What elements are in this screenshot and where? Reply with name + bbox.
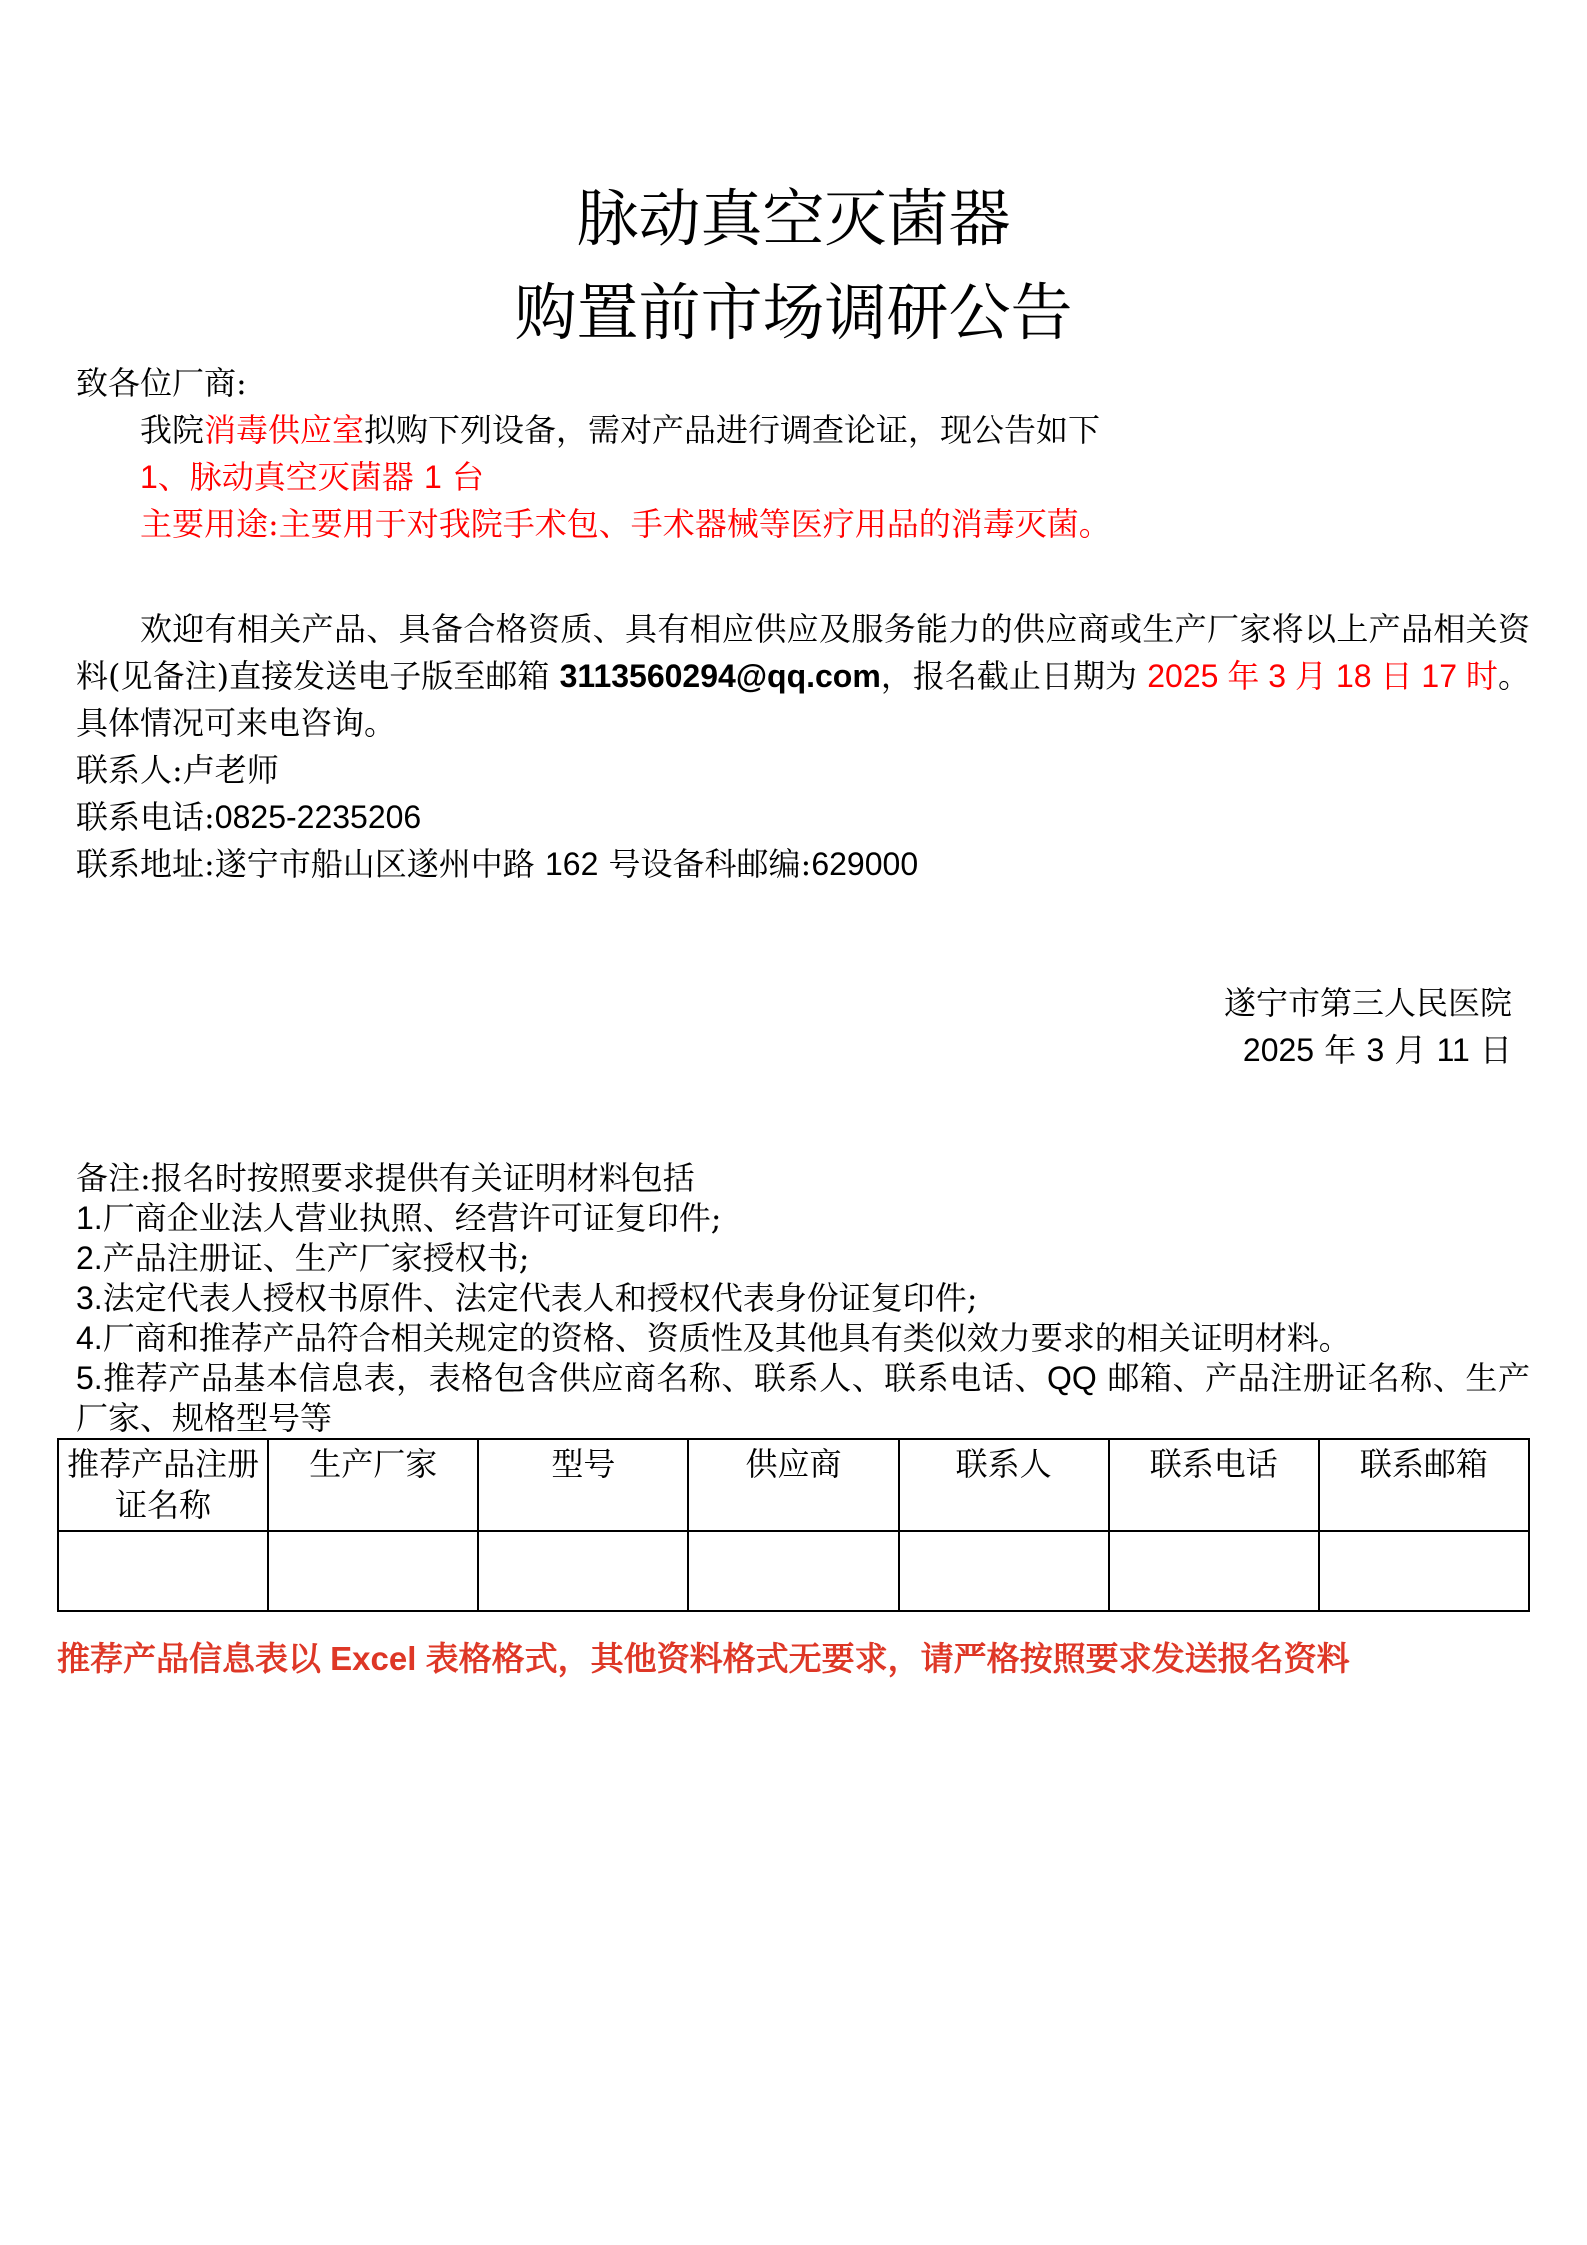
purpose-line: 主要用途:主要用于对我院手术包、手术器械等医疗用品的消毒灭菌。 (76, 501, 1530, 548)
text-run: 号设备科邮编: (598, 845, 811, 883)
text-run: 联系地址:遂宁市船山区遂州中路 (76, 845, 545, 883)
text-run: 厂商企业法人营业执照、经营许可证复印件; (103, 1199, 722, 1237)
table-cell (478, 1531, 688, 1611)
text-run: 年 (1314, 1031, 1366, 1069)
text-run: 2. (76, 1240, 103, 1276)
note-item-5: 5.推荐产品基本信息表，表格包含供应商名称、联系人、联系电话、QQ 邮箱、产品注… (76, 1358, 1530, 1438)
table-cell (268, 1531, 478, 1611)
text-run: 日 (1470, 1031, 1512, 1069)
table-cell (899, 1531, 1109, 1611)
document-page: 脉动真空灭菌器 购置前市场调研公告 致各位厂商: 我院消毒供应室拟购下列设备，需… (0, 0, 1587, 2245)
text-run: 1 (424, 459, 442, 495)
col-header-contact-phone: 联系电话 (1109, 1439, 1319, 1531)
text-run: 3 (1366, 1032, 1384, 1068)
footer-notice: 推荐产品信息表以 Excel 表格格式，其他资料格式无要求，请严格按照要求发送报… (57, 1636, 1530, 1682)
text-run: QQ (1047, 1360, 1097, 1396)
note-item-2: 2.产品注册证、生产厂家授权书; (76, 1238, 1530, 1278)
signature-org: 遂宁市第三人民医院 (57, 980, 1512, 1027)
table-cell (1109, 1531, 1319, 1611)
text-run: 、脉动真空灭菌器 (158, 458, 424, 496)
text-run: ，报名截止日期为 (881, 657, 1147, 695)
text-run: 11 (1437, 1032, 1470, 1068)
text-run: 联系电话: (76, 798, 215, 836)
text-run: 5. (76, 1360, 103, 1396)
text-run: 629000 (811, 846, 918, 882)
title-line-2: 购置前市场调研公告 (57, 266, 1530, 360)
text-run: 厂商和推荐产品符合相关规定的资格、资质性及其他具有类似效力要求的相关证明材料。 (103, 1319, 1351, 1357)
text-run: 162 (545, 846, 598, 882)
col-header-supplier: 供应商 (688, 1439, 898, 1531)
note-item-4: 4.厂商和推荐产品符合相关规定的资格、资质性及其他具有类似效力要求的相关证明材料… (76, 1318, 1530, 1358)
text-run: 2025 年 3 月 18 日 17 时 (1147, 658, 1498, 694)
recommendation-table: 推荐产品注册证名称 生产厂家 型号 供应商 联系人 联系电话 联系邮箱 (57, 1438, 1530, 1612)
text-run: 法定代表人授权书原件、法定代表人和授权代表身份证复印件; (103, 1279, 978, 1317)
text-run: 推荐产品信息表以 (57, 1640, 330, 1677)
document-body: 致各位厂商: 我院消毒供应室拟购下列设备，需对产品进行调查论证，现公告如下 1、… (76, 360, 1530, 888)
text-run: 3. (76, 1280, 103, 1316)
table-header-row: 推荐产品注册证名称 生产厂家 型号 供应商 联系人 联系电话 联系邮箱 (58, 1439, 1529, 1531)
contact-phone: 联系电话:0825-2235206 (76, 794, 1530, 841)
contact-address: 联系地址:遂宁市船山区遂州中路 162 号设备科邮编:629000 (76, 841, 1530, 888)
text-run: 1. (76, 1200, 103, 1236)
table-cell (58, 1531, 268, 1611)
text-run: 台 (442, 458, 484, 496)
text-run: 消毒供应室 (204, 411, 364, 449)
col-header-manufacturer: 生产厂家 (268, 1439, 478, 1531)
signature-block: 遂宁市第三人民医院 2025 年 3 月 11 日 (57, 980, 1530, 1074)
text-run: 拟购下列设备，需对产品进行调查论证，现公告如下 (364, 411, 1100, 449)
table-cell (688, 1531, 898, 1611)
title-line-1: 脉动真空灭菌器 (57, 172, 1530, 266)
text-run: 1 (140, 459, 158, 495)
text-run: 主要用途:主要用于对我院手术包、手术器械等医疗用品的消毒灭菌。 (140, 505, 1111, 543)
item-1-line: 1、脉动真空灭菌器 1 台 (76, 454, 1530, 501)
col-header-model: 型号 (478, 1439, 688, 1531)
text-run: Excel (330, 1640, 416, 1677)
text-run: 表格格式，其他资料格式无要求，请严格按照要求发送报名资料 (416, 1640, 1349, 1677)
text-run: 月 (1384, 1031, 1436, 1069)
col-header-contact-person: 联系人 (899, 1439, 1109, 1531)
application-paragraph: 欢迎有相关产品、具备合格资质、具有相应供应及服务能力的供应商或生产厂家将以上产品… (76, 606, 1530, 747)
document-title: 脉动真空灭菌器 购置前市场调研公告 (57, 172, 1530, 360)
text-run: 3113560294@qq.com (560, 658, 881, 694)
col-header-contact-email: 联系邮箱 (1319, 1439, 1529, 1531)
table-cell (1319, 1531, 1529, 1611)
notes-section: 备注:报名时按照要求提供有关证明材料包括 1.厂商企业法人营业执照、经营许可证复… (76, 1158, 1530, 1438)
text-run: 我院 (140, 411, 204, 449)
contact-person: 联系人:卢老师 (76, 747, 1530, 794)
col-header-product-cert-name: 推荐产品注册证名称 (58, 1439, 268, 1531)
text-run: 0825-2235206 (215, 799, 421, 835)
text-run: 推荐产品基本信息表，表格包含供应商名称、联系人、联系电话、 (103, 1359, 1047, 1397)
signature-date: 2025 年 3 月 11 日 (57, 1027, 1512, 1074)
text-run: 产品注册证、生产厂家授权书; (103, 1239, 530, 1277)
text-run: 4. (76, 1320, 103, 1356)
intro-paragraph: 我院消毒供应室拟购下列设备，需对产品进行调查论证，现公告如下 (76, 407, 1530, 454)
note-item-1: 1.厂商企业法人营业执照、经营许可证复印件; (76, 1198, 1530, 1238)
text-run: 2025 (1243, 1032, 1314, 1068)
note-item-3: 3.法定代表人授权书原件、法定代表人和授权代表身份证复印件; (76, 1278, 1530, 1318)
notes-heading: 备注:报名时按照要求提供有关证明材料包括 (76, 1158, 1530, 1198)
table-row (58, 1531, 1529, 1611)
salutation: 致各位厂商: (76, 360, 1530, 407)
